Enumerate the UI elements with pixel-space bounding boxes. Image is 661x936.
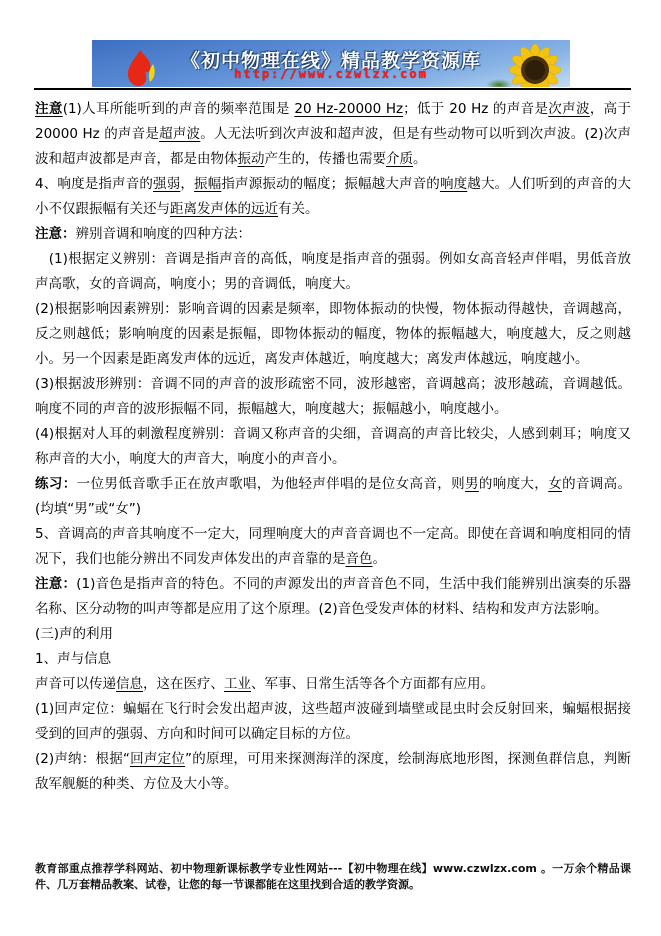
- underlined-term: 介质: [386, 151, 413, 167]
- text-segment: 。: [373, 551, 387, 567]
- underlined-term: 女: [548, 476, 562, 492]
- paragraph: (1)根据定义辨别：音调是指声音的高低，响度是指声音的强弱。例如女高音轻声伴唱，…: [35, 247, 631, 297]
- underlined-term: 振动: [238, 151, 265, 167]
- text-segment: (2)根据影响因素辨别：影响音调的因素是频率，即物体振动的快慢，物体振动得越快，…: [35, 301, 631, 367]
- text-segment: (1)人耳所能听到的声音的频率范围是: [63, 101, 295, 117]
- paragraph: 4、响度是指声音的强弱，振幅指声源振动的幅度；振幅越大声音的响度越大。人们听到的…: [35, 172, 631, 222]
- underlined-term: 次声波: [548, 101, 590, 117]
- text-segment: 4、响度是指声音的: [35, 176, 153, 192]
- text-segment: (2)声纳：根据“: [35, 751, 130, 767]
- paragraph: 声音可以传递信息，这在医疗、工业、军事、日常生活等各个方面都有应用。: [35, 672, 631, 697]
- text-segment: 声音可以传递: [35, 676, 116, 692]
- sunflower-icon: [504, 40, 566, 87]
- paragraph: 注意：(1)音色是指声音的特色。不同的声源发出的声音音色不同，生活中我们能辨别出…: [35, 572, 631, 622]
- footer-note: 教育部重点推荐学科网站、初中物理新课标教学专业性网站---【初中物理在线】www…: [35, 861, 631, 893]
- text-segment: 产生的，传播也需要: [265, 151, 387, 167]
- underlined-term: 振幅: [194, 176, 221, 192]
- paragraphs: 注意(1)人耳所能听到的声音的频率范围是 20 Hz-20000 Hz；低于 2…: [35, 97, 631, 797]
- text-segment: (1)回声定位：蝙蝠在飞行时会发出超声波，这些超声波碰到墙壁或昆虫时会反射回来，…: [35, 701, 631, 742]
- underlined-term: 20 Hz-20000 Hz: [294, 101, 403, 117]
- text-segment: 指声源振动的幅度；振幅越大声音的: [221, 176, 440, 192]
- bold-label: 注意：: [35, 226, 76, 242]
- bold-label: 练习：: [35, 476, 77, 492]
- text-segment: 的响度大，: [479, 476, 548, 492]
- document-page: 《初中物理在线》精品教学资源库 http://www.czwlzx.com: [0, 0, 661, 936]
- underlined-term: 音色: [346, 551, 373, 567]
- bold-label: 注意：: [35, 576, 76, 592]
- text-segment: 、军事、日常生活等各个方面都有应用。: [251, 676, 494, 692]
- paragraph: (1)回声定位：蝙蝠在飞行时会发出超声波，这些超声波碰到墙壁或昆虫时会反射回来，…: [35, 697, 631, 747]
- underlined-term: 工业: [224, 676, 251, 692]
- underlined-term: 男: [465, 476, 479, 492]
- text-segment: 有关。: [278, 201, 319, 217]
- text-segment: 辨别音调和响度的四种方法：: [76, 226, 252, 242]
- text-segment: ，这在医疗、: [143, 676, 224, 692]
- header-divider: [34, 88, 631, 90]
- text-segment: (三)声的利用: [35, 626, 113, 642]
- paragraph: (4)根据对人耳的刺激程度辨别：音调又称声音的尖细，音调高的声音比较尖，人感到刺…: [35, 422, 631, 472]
- paragraph: (三)声的利用: [35, 622, 631, 647]
- underlined-term: 强弱: [153, 176, 180, 192]
- document-body: 注意(1)人耳所能听到的声音的频率范围是 20 Hz-20000 Hz；低于 2…: [35, 97, 631, 797]
- paragraph: 1、声与信息: [35, 647, 631, 672]
- underlined-term: 注意: [35, 101, 63, 117]
- underlined-term: 距离发声体的远近: [170, 201, 278, 217]
- text-segment: (1)根据定义辨别：音调是指声音的高低，响度是指声音的强弱。例如女高音轻声伴唱，…: [35, 251, 631, 292]
- text-segment: ，: [180, 176, 194, 192]
- underlined-term: 回声定位: [130, 751, 185, 767]
- paragraph: 练习：一位男低音歌手正在放声歌唱，为他轻声伴唱的是位女高音，则男的响度大，女的音…: [35, 472, 631, 522]
- text-segment: 。: [413, 151, 427, 167]
- text-segment: ；低于 20 Hz 的声音是: [403, 101, 548, 117]
- underlined-term: 超声波: [159, 126, 200, 142]
- underlined-term: 响度: [440, 176, 467, 192]
- paragraph: 5、音调高的声音其响度不一定大，同理响度大的声音音调也不一定高。即使在音调和响度…: [35, 522, 631, 572]
- paragraph: (2)根据影响因素辨别：影响音调的因素是频率，即物体振动的快慢，物体振动得越快，…: [35, 297, 631, 372]
- paragraph: 注意(1)人耳所能听到的声音的频率范围是 20 Hz-20000 Hz；低于 2…: [35, 97, 631, 172]
- paragraph: 注意：辨别音调和响度的四种方法：: [35, 222, 631, 247]
- text-segment: 1、声与信息: [35, 651, 111, 667]
- site-banner: 《初中物理在线》精品教学资源库 http://www.czwlzx.com: [92, 40, 570, 87]
- underlined-term: 信息: [116, 676, 143, 692]
- text-segment: (4)根据对人耳的刺激程度辨别：音调又称声音的尖细，音调高的声音比较尖，人感到刺…: [35, 426, 631, 467]
- text-segment: (1)音色是指声音的特色。不同的声源发出的声音音色不同，生活中我们能辨别出演奏的…: [35, 576, 631, 617]
- text-segment: 一位男低音歌手正在放声歌唱，为他轻声伴唱的是位女高音，则: [77, 476, 465, 492]
- paragraph: (2)声纳：根据“回声定位”的原理，可用来探测海洋的深度，绘制海底地形图，探测鱼…: [35, 747, 631, 797]
- text-segment: (3)根据波形辨别：音调不同的声音的波形疏密不同，波形越密，音调越高；波形越疏，…: [35, 376, 631, 417]
- text-segment: 5、音调高的声音其响度不一定大，同理响度大的声音音调也不一定高。即使在音调和响度…: [35, 526, 631, 567]
- paragraph: (3)根据波形辨别：音调不同的声音的波形疏密不同，波形越密，音调越高；波形越疏，…: [35, 372, 631, 422]
